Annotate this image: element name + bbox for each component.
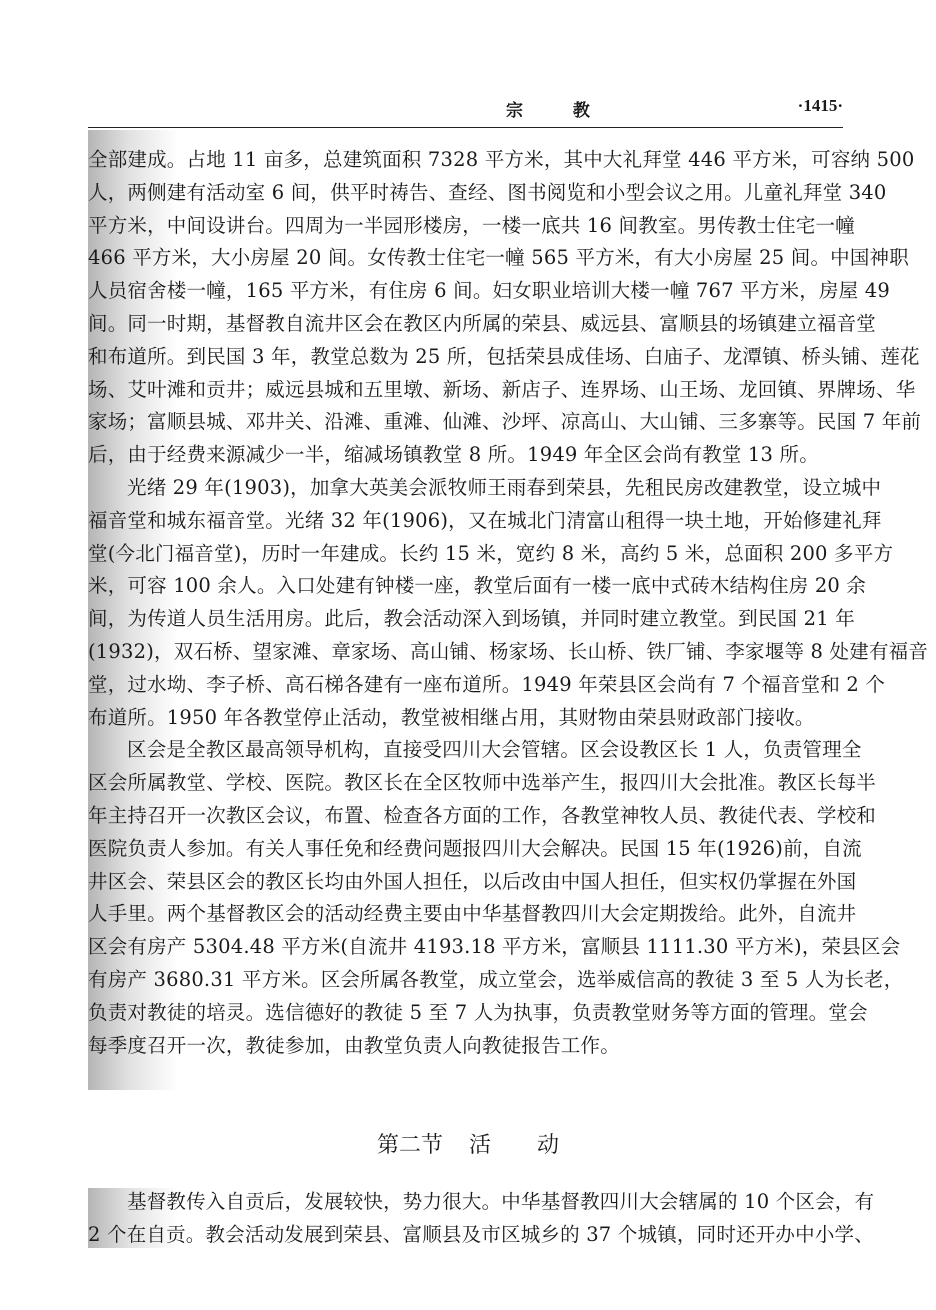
text-line: 区会有房产 5304.48 平方米(自流井 4193.18 平方米，富顺县 11… xyxy=(88,931,843,964)
paragraph: 全部建成。占地 11 亩多，总建筑面积 7328 平方米，其中大礼拜堂 446 … xyxy=(88,144,843,472)
text-line: 井区会、荣县区会的教区长均由外国人担任，以后改由中国人担任，但实权仍掌握在外国 xyxy=(88,866,843,899)
text-line: 2 个在自贡。教会活动发展到荣县、富顺县及市区城乡的 37 个城镇，同时还开办中… xyxy=(88,1219,843,1252)
text-line: 区会所属教堂、学校、医院。教区长在全区牧师中选举产生，报四川大会批准。教区长每半 xyxy=(88,767,843,800)
body-text: 全部建成。占地 11 亩多，总建筑面积 7328 平方米，其中大礼拜堂 446 … xyxy=(88,144,843,1062)
text-line: 基督教传入自贡后，发展较快，势力很大。中华基督教四川大会辖属的 10 个区会，有 xyxy=(88,1186,843,1219)
text-line: 间，为传道人员生活用房。此后，教会活动深入到场镇，并同时建立教堂。到民国 21 … xyxy=(88,603,843,636)
section-body-text: 基督教传入自贡后，发展较快，势力很大。中华基督教四川大会辖属的 10 个区会，有… xyxy=(88,1186,843,1252)
text-line: 和布道所。到民国 3 年，教堂总数为 25 所，包括荣县成佳场、白庙子、龙潭镇、… xyxy=(88,341,843,374)
text-line: (1932)，双石桥、望家滩、章家场、高山铺、杨家场、长山桥、铁厂铺、李家堰等 … xyxy=(88,636,843,669)
text-line: 场、艾叶滩和贡井；威远县城和五里墩、新场、新店子、连界场、山王场、龙回镇、界牌场… xyxy=(88,374,843,407)
text-line: 间。同一时期，基督教自流井区会在教区内所属的荣县、威远县、富顺县的场镇建立福音堂 xyxy=(88,308,843,341)
text-line: 每季度召开一次，教徒参加，由教堂负责人向教徒报告工作。 xyxy=(88,1030,843,1063)
text-line: 负责对教徒的培灵。选信德好的教徒 5 至 7 人为执事，负责教堂财务等方面的管理… xyxy=(88,997,843,1030)
text-line: 有房产 3680.31 平方米。区会所属各教堂，成立堂会，选举威信高的教徒 3 … xyxy=(88,964,843,997)
paragraph: 基督教传入自贡后，发展较快，势力很大。中华基督教四川大会辖属的 10 个区会，有… xyxy=(88,1186,843,1252)
text-line: 布道所。1950 年各教堂停止活动，教堂被相继占用，其财物由荣县财政部门接收。 xyxy=(88,702,843,735)
page-number: ·1415· xyxy=(798,96,843,116)
text-line: 堂(今北门福音堂)，历时一年建成。长约 15 米，宽约 8 米，高约 5 米，总… xyxy=(88,538,843,571)
text-line: 区会是全教区最高领导机构，直接受四川大会管辖。区会设教区长 1 人，负责管理全 xyxy=(88,734,843,767)
running-header: 宗 教 ·1415· xyxy=(88,96,843,126)
text-line: 后，由于经费来源减少一半，缩减场镇教堂 8 所。1949 年全区会尚有教堂 13… xyxy=(88,439,843,472)
text-line: 人，两侧建有活动室 6 间，供平时祷告、查经、图书阅览和小型会议之用。儿童礼拜堂… xyxy=(88,177,843,210)
section-title-char: 动 xyxy=(537,1128,559,1159)
paragraph: 区会是全教区最高领导机构，直接受四川大会管辖。区会设教区长 1 人，负责管理全 … xyxy=(88,734,843,1062)
running-title: 宗 教 xyxy=(506,96,612,121)
text-line: 米，可容 100 余人。入口处建有钟楼一座，教堂后面有一楼一底中式砖木结构住房 … xyxy=(88,570,843,603)
text-line: 医院负责人参加。有关人事任免和经费问题报四川大会解决。民国 15 年(1926)… xyxy=(88,833,843,866)
header-rule xyxy=(88,127,843,128)
text-line: 全部建成。占地 11 亩多，总建筑面积 7328 平方米，其中大礼拜堂 446 … xyxy=(88,144,843,177)
text-line: 466 平方米，大小房屋 20 间。女传教士住宅一幢 565 平方米，有大小房屋… xyxy=(88,242,843,275)
text-line: 年主持召开一次教区会议，布置、检查各方面的工作，各教堂神牧人员、教徒代表、学校和 xyxy=(88,800,843,833)
text-line: 家场；富顺县城、邓井关、沿滩、重滩、仙滩、沙坪、凉高山、大山铺、三多寨等。民国 … xyxy=(88,406,843,439)
text-line: 福音堂和城东福音堂。光绪 32 年(1906)，又在城北门清富山租得一块土地，开… xyxy=(88,505,843,538)
text-line: 人手里。两个基督教区会的活动经费主要由中华基督教四川大会定期拨给。此外，自流井 xyxy=(88,898,843,931)
section-title-char: 活 xyxy=(469,1128,491,1159)
paragraph: 光绪 29 年(1903)，加拿大英美会派牧师王雨春到荣县，先租民房改建教堂，设… xyxy=(88,472,843,734)
text-line: 平方米，中间设讲台。四周为一半园形楼房，一楼一底共 16 间教室。男传教士住宅一… xyxy=(88,210,843,243)
section-heading: 第二节活动 xyxy=(0,1128,936,1159)
text-line: 人员宿舍楼一幢，165 平方米，有住房 6 间。妇女职业培训大楼一幢 767 平… xyxy=(88,275,843,308)
text-line: 光绪 29 年(1903)，加拿大英美会派牧师王雨春到荣县，先租民房改建教堂，设… xyxy=(88,472,843,505)
book-page: 宗 教 ·1415· 全部建成。占地 11 亩多，总建筑面积 7328 平方米，… xyxy=(0,0,936,1310)
text-line: 堂，过水坳、李子桥、高石梯各建有一座布道所。1949 年荣县区会尚有 7 个福音… xyxy=(88,669,843,702)
section-number: 第二节 xyxy=(377,1128,443,1159)
